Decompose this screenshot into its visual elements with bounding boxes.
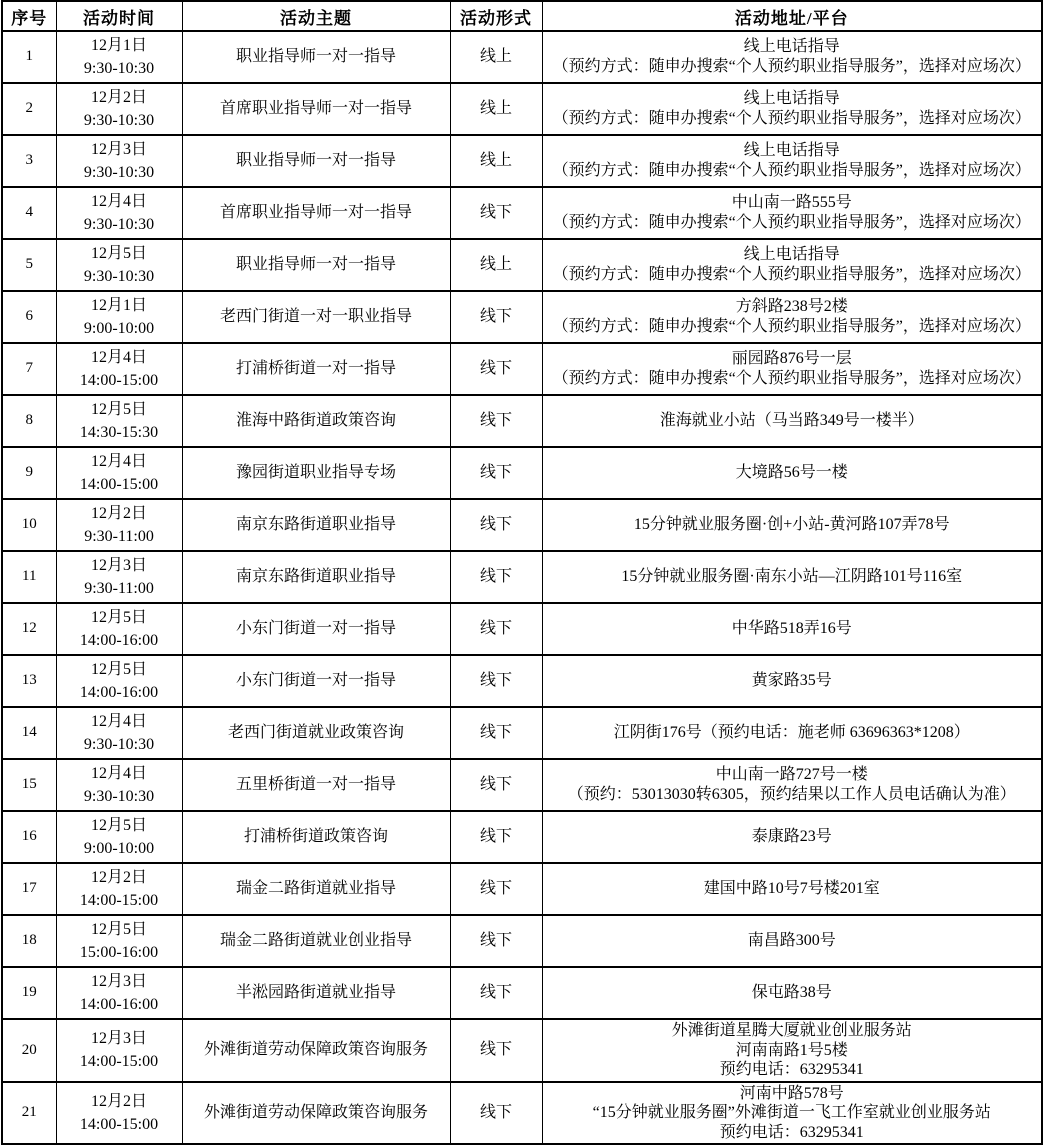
cell-activity-time: 12月4日9:30-10:30	[56, 707, 182, 759]
cell-activity-topic: 瑞金二路街道就业创业指导	[182, 915, 450, 967]
activity-schedule-document: 序号 活动时间 活动主题 活动形式 活动地址/平台 1 12月1日9:30-10…	[0, 0, 1044, 1145]
cell-activity-time: 12月5日15:00-16:00	[56, 915, 182, 967]
table-row: 18 12月5日15:00-16:00 瑞金二路街道就业创业指导 线下 南昌路3…	[2, 915, 1042, 967]
cell-sequence-number: 11	[2, 551, 56, 603]
cell-activity-address: 淮海就业小站（马当路349号一楼半）	[542, 395, 1042, 447]
cell-activity-topic: 首席职业指导师一对一指导	[182, 83, 450, 135]
cell-activity-address: 黄家路35号	[542, 655, 1042, 707]
cell-activity-format: 线下	[450, 603, 542, 655]
table-row: 9 12月4日14:00-15:00 豫园街道职业指导专场 线下 大境路56号一…	[2, 447, 1042, 499]
cell-activity-format: 线下	[450, 447, 542, 499]
cell-sequence-number: 5	[2, 239, 56, 291]
cell-sequence-number: 12	[2, 603, 56, 655]
cell-activity-address: 方斜路238号2楼（预约方式：随申办搜索“个人预约职业指导服务”，选择对应场次）	[542, 291, 1042, 343]
cell-activity-address: 丽园路876号一层（预约方式：随申办搜索“个人预约职业指导服务”，选择对应场次）	[542, 343, 1042, 395]
cell-activity-time: 12月5日14:00-16:00	[56, 603, 182, 655]
cell-sequence-number: 7	[2, 343, 56, 395]
cell-activity-address: 15分钟就业服务圈·创+小站-黄河路107弄78号	[542, 499, 1042, 551]
cell-activity-topic: 五里桥街道一对一指导	[182, 759, 450, 811]
cell-activity-time: 12月4日9:30-10:30	[56, 759, 182, 811]
cell-activity-address: 中山南一路555号（预约方式：随申办搜索“个人预约职业指导服务”，选择对应场次）	[542, 187, 1042, 239]
cell-activity-time: 12月5日9:00-10:00	[56, 811, 182, 863]
cell-activity-format: 线下	[450, 707, 542, 759]
table-row: 13 12月5日14:00-16:00 小东门街道一对一指导 线下 黄家路35号	[2, 655, 1042, 707]
cell-sequence-number: 3	[2, 135, 56, 187]
cell-activity-address: 大境路56号一楼	[542, 447, 1042, 499]
cell-activity-topic: 小东门街道一对一指导	[182, 603, 450, 655]
cell-activity-address: 外滩街道星腾大厦就业创业服务站河南南路1号5楼预约电话：63295341	[542, 1019, 1042, 1082]
table-row: 21 12月2日14:00-15:00 外滩街道劳动保障政策咨询服务 线下 河南…	[2, 1082, 1042, 1145]
cell-activity-topic: 瑞金二路街道就业指导	[182, 863, 450, 915]
cell-activity-format: 线下	[450, 1082, 542, 1145]
cell-activity-topic: 职业指导师一对一指导	[182, 31, 450, 83]
cell-activity-address: 河南中路578号“15分钟就业服务圈”外滩街道一飞工作室就业创业服务站预约电话：…	[542, 1082, 1042, 1145]
cell-sequence-number: 21	[2, 1082, 56, 1145]
cell-sequence-number: 13	[2, 655, 56, 707]
cell-activity-address: 泰康路23号	[542, 811, 1042, 863]
table-row: 19 12月3日14:00-16:00 半淞园路街道就业指导 线下 保屯路38号	[2, 967, 1042, 1019]
table-row: 6 12月1日9:00-10:00 老西门街道一对一职业指导 线下 方斜路238…	[2, 291, 1042, 343]
cell-activity-format: 线下	[450, 915, 542, 967]
table-row: 15 12月4日9:30-10:30 五里桥街道一对一指导 线下 中山南一路72…	[2, 759, 1042, 811]
table-row: 2 12月2日9:30-10:30 首席职业指导师一对一指导 线上 线上电话指导…	[2, 83, 1042, 135]
cell-activity-time: 12月2日14:00-15:00	[56, 1082, 182, 1145]
cell-activity-format: 线上	[450, 135, 542, 187]
cell-activity-time: 12月5日14:30-15:30	[56, 395, 182, 447]
cell-activity-format: 线下	[450, 967, 542, 1019]
cell-activity-topic: 打浦桥街道政策咨询	[182, 811, 450, 863]
cell-activity-format: 线下	[450, 655, 542, 707]
cell-activity-address: 中华路518弄16号	[542, 603, 1042, 655]
table-row: 8 12月5日14:30-15:30 淮海中路街道政策咨询 线下 淮海就业小站（…	[2, 395, 1042, 447]
cell-activity-topic: 外滩街道劳动保障政策咨询服务	[182, 1082, 450, 1145]
cell-activity-address: 线上电话指导（预约方式：随申办搜索“个人预约职业指导服务”，选择对应场次）	[542, 31, 1042, 83]
cell-activity-format: 线下	[450, 551, 542, 603]
table-row: 12 12月5日14:00-16:00 小东门街道一对一指导 线下 中华路518…	[2, 603, 1042, 655]
cell-activity-topic: 打浦桥街道一对一指导	[182, 343, 450, 395]
cell-activity-time: 12月2日9:30-10:30	[56, 83, 182, 135]
cell-activity-time: 12月3日14:00-16:00	[56, 967, 182, 1019]
table-row: 20 12月3日14:00-15:00 外滩街道劳动保障政策咨询服务 线下 外滩…	[2, 1019, 1042, 1082]
cell-activity-topic: 职业指导师一对一指导	[182, 135, 450, 187]
table-row: 16 12月5日9:00-10:00 打浦桥街道政策咨询 线下 泰康路23号	[2, 811, 1042, 863]
cell-activity-topic: 首席职业指导师一对一指导	[182, 187, 450, 239]
cell-sequence-number: 2	[2, 83, 56, 135]
cell-activity-format: 线下	[450, 863, 542, 915]
table-row: 17 12月2日14:00-15:00 瑞金二路街道就业指导 线下 建国中路10…	[2, 863, 1042, 915]
cell-activity-time: 12月4日9:30-10:30	[56, 187, 182, 239]
cell-sequence-number: 4	[2, 187, 56, 239]
cell-activity-address: 中山南一路727号一楼（预约：53013030转6305，预约结果以工作人员电话…	[542, 759, 1042, 811]
table-header-row: 序号 活动时间 活动主题 活动形式 活动地址/平台	[2, 1, 1042, 31]
cell-activity-format: 线上	[450, 83, 542, 135]
cell-activity-format: 线下	[450, 187, 542, 239]
cell-sequence-number: 15	[2, 759, 56, 811]
table-row: 7 12月4日14:00-15:00 打浦桥街道一对一指导 线下 丽园路876号…	[2, 343, 1042, 395]
header-topic: 活动主题	[182, 1, 450, 31]
cell-activity-topic: 淮海中路街道政策咨询	[182, 395, 450, 447]
cell-sequence-number: 14	[2, 707, 56, 759]
cell-sequence-number: 1	[2, 31, 56, 83]
cell-activity-time: 12月3日14:00-15:00	[56, 1019, 182, 1082]
cell-sequence-number: 18	[2, 915, 56, 967]
cell-activity-topic: 老西门街道一对一职业指导	[182, 291, 450, 343]
table-body: 1 12月1日9:30-10:30 职业指导师一对一指导 线上 线上电话指导（预…	[2, 31, 1042, 1144]
cell-activity-time: 12月2日14:00-15:00	[56, 863, 182, 915]
cell-activity-time: 12月2日9:30-11:00	[56, 499, 182, 551]
cell-activity-address: 江阴街176号（预约电话：施老师 63696363*1208）	[542, 707, 1042, 759]
cell-activity-format: 线下	[450, 759, 542, 811]
cell-sequence-number: 10	[2, 499, 56, 551]
cell-activity-topic: 半淞园路街道就业指导	[182, 967, 450, 1019]
cell-sequence-number: 16	[2, 811, 56, 863]
cell-activity-topic: 职业指导师一对一指导	[182, 239, 450, 291]
cell-activity-format: 线上	[450, 31, 542, 83]
table-row: 11 12月3日9:30-11:00 南京东路街道职业指导 线下 15分钟就业服…	[2, 551, 1042, 603]
cell-activity-time: 12月5日9:30-10:30	[56, 239, 182, 291]
cell-activity-format: 线下	[450, 291, 542, 343]
cell-activity-format: 线下	[450, 343, 542, 395]
table-row: 3 12月3日9:30-10:30 职业指导师一对一指导 线上 线上电话指导（预…	[2, 135, 1042, 187]
cell-activity-topic: 豫园街道职业指导专场	[182, 447, 450, 499]
cell-activity-address: 线上电话指导（预约方式：随申办搜索“个人预约职业指导服务”，选择对应场次）	[542, 83, 1042, 135]
cell-activity-address: 建国中路10号7号楼201室	[542, 863, 1042, 915]
cell-activity-topic: 南京东路街道职业指导	[182, 551, 450, 603]
cell-activity-address: 线上电话指导（预约方式：随申办搜索“个人预约职业指导服务”，选择对应场次）	[542, 135, 1042, 187]
cell-activity-address: 南昌路300号	[542, 915, 1042, 967]
cell-activity-topic: 南京东路街道职业指导	[182, 499, 450, 551]
table-row: 14 12月4日9:30-10:30 老西门街道就业政策咨询 线下 江阴街176…	[2, 707, 1042, 759]
header-address: 活动地址/平台	[542, 1, 1042, 31]
header-time: 活动时间	[56, 1, 182, 31]
cell-sequence-number: 19	[2, 967, 56, 1019]
cell-activity-time: 12月1日9:30-10:30	[56, 31, 182, 83]
cell-sequence-number: 20	[2, 1019, 56, 1082]
cell-activity-address: 线上电话指导（预约方式：随申办搜索“个人预约职业指导服务”，选择对应场次）	[542, 239, 1042, 291]
cell-activity-topic: 小东门街道一对一指导	[182, 655, 450, 707]
table-row: 4 12月4日9:30-10:30 首席职业指导师一对一指导 线下 中山南一路5…	[2, 187, 1042, 239]
cell-activity-address: 保屯路38号	[542, 967, 1042, 1019]
activity-table: 序号 活动时间 活动主题 活动形式 活动地址/平台 1 12月1日9:30-10…	[1, 0, 1043, 1145]
cell-sequence-number: 17	[2, 863, 56, 915]
cell-sequence-number: 8	[2, 395, 56, 447]
header-no: 序号	[2, 1, 56, 31]
cell-activity-time: 12月1日9:00-10:00	[56, 291, 182, 343]
cell-activity-time: 12月4日14:00-15:00	[56, 343, 182, 395]
cell-activity-time: 12月3日9:30-11:00	[56, 551, 182, 603]
cell-activity-topic: 外滩街道劳动保障政策咨询服务	[182, 1019, 450, 1082]
cell-activity-topic: 老西门街道就业政策咨询	[182, 707, 450, 759]
cell-activity-time: 12月5日14:00-16:00	[56, 655, 182, 707]
cell-activity-format: 线下	[450, 811, 542, 863]
table-row: 1 12月1日9:30-10:30 职业指导师一对一指导 线上 线上电话指导（预…	[2, 31, 1042, 83]
cell-sequence-number: 9	[2, 447, 56, 499]
cell-sequence-number: 6	[2, 291, 56, 343]
cell-activity-time: 12月3日9:30-10:30	[56, 135, 182, 187]
table-row: 5 12月5日9:30-10:30 职业指导师一对一指导 线上 线上电话指导（预…	[2, 239, 1042, 291]
cell-activity-format: 线下	[450, 1019, 542, 1082]
cell-activity-format: 线上	[450, 239, 542, 291]
table-row: 10 12月2日9:30-11:00 南京东路街道职业指导 线下 15分钟就业服…	[2, 499, 1042, 551]
cell-activity-address: 15分钟就业服务圈·南东小站—江阴路101号116室	[542, 551, 1042, 603]
cell-activity-format: 线下	[450, 395, 542, 447]
cell-activity-format: 线下	[450, 499, 542, 551]
header-format: 活动形式	[450, 1, 542, 31]
cell-activity-time: 12月4日14:00-15:00	[56, 447, 182, 499]
